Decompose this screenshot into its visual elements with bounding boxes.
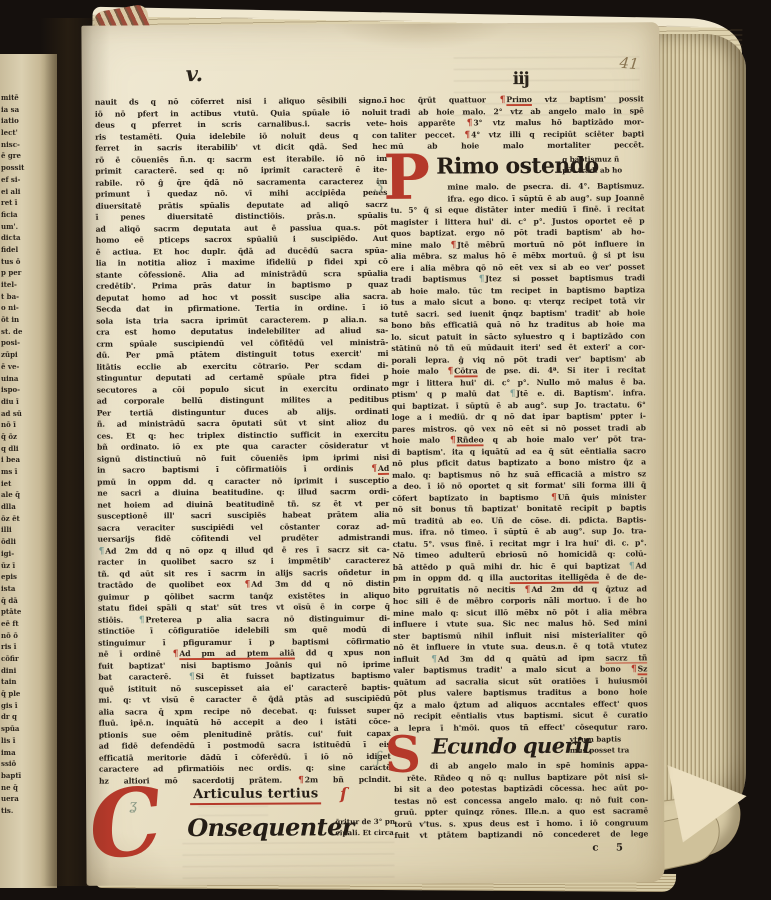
text-line: nō ī bbox=[1, 419, 43, 431]
text-line: tain bbox=[1, 676, 43, 688]
fore-edge-pages bbox=[652, 34, 746, 846]
text-line: igi- bbox=[1, 548, 43, 560]
text-line: ē gre bbox=[1, 150, 43, 162]
text-line: ad sū bbox=[1, 408, 43, 420]
page-header-right: iij bbox=[513, 69, 529, 89]
right-column-closing: di ab angelo malo in spē hominis appa-rē… bbox=[394, 759, 648, 841]
text-line: ispo- bbox=[1, 384, 43, 396]
text-line: tus a malo sicut a bono. q: vterqz recip… bbox=[391, 295, 645, 308]
text-line: dini bbox=[1, 665, 43, 677]
text-line: ōt in bbox=[1, 314, 43, 326]
text-line: ale q̄ bbox=[1, 489, 43, 501]
text-line: t ba- bbox=[1, 291, 43, 303]
text-line: ret ī bbox=[1, 197, 43, 209]
text-line: gruū. ppter quinqz rōnes. Ille.n. a quo … bbox=[394, 805, 648, 818]
folio-number-handwritten: 41 bbox=[619, 54, 640, 74]
side-line: mus posset tra bbox=[570, 744, 654, 756]
text-line: hois apparēte ¶3° vtz malus hō baptizādo… bbox=[390, 116, 644, 129]
side-line: q baptismuz ñ bbox=[562, 153, 646, 165]
consequenter-side-note: q̄ritur de 3° pn cipali. Et circa bbox=[335, 816, 419, 839]
text-line: i bea bbox=[1, 454, 43, 466]
text-line: nō ēt influere in vtute sua. deus.n. ē q… bbox=[393, 640, 647, 653]
text-line: tradi baptismus ¶Jtez si posset baptismu… bbox=[391, 272, 645, 285]
primo-side-note: q baptismuz ñ pōt tradi ab ho bbox=[562, 153, 646, 176]
text-line: spūa bbox=[1, 723, 43, 735]
secundo-side-note: vtrum baptis mus posset tra bbox=[570, 733, 654, 756]
text-line: lect' bbox=[1, 127, 43, 139]
secundo-paragraph-head: S ʃ Ecundo querit vtrum baptis mus posse… bbox=[394, 732, 648, 762]
display-word-secundo: Ecundo querit bbox=[432, 733, 592, 759]
text-line: q̄ ōz bbox=[1, 431, 43, 443]
text-line: ficia bbox=[1, 209, 43, 221]
text-line: itel- bbox=[1, 279, 43, 291]
text-line: nō ō bbox=[1, 630, 43, 642]
text-line: mine malo. de psecra. di. 4°. Baptismuz. bbox=[390, 180, 644, 193]
text-line: ōz ēt bbox=[1, 513, 43, 525]
text-line: iet bbox=[1, 478, 43, 490]
text-line: hoc q̄rūt quattuor ¶Primo vtz baptism' p… bbox=[390, 93, 644, 106]
text-line: p per bbox=[1, 267, 43, 279]
text-line: dr q bbox=[1, 711, 43, 723]
display-word-consequenter: Onsequenter bbox=[187, 812, 354, 842]
text-line: loge a i mediū. dr q nō dat ipar baptism… bbox=[392, 410, 646, 423]
side-line: q̄ritur de 3° pn bbox=[335, 816, 419, 828]
side-line: cipali. Et circa bbox=[335, 827, 419, 839]
text-line: nō plus pficit datus baptizato a bono mi… bbox=[392, 456, 646, 469]
text-line: uera bbox=[1, 793, 43, 805]
text-line: ptism' q p malū dat ¶Jtē e. di. Baptism'… bbox=[392, 387, 646, 400]
text-line: ista bbox=[1, 583, 43, 595]
book-photo: mitēia saiatiolect'nisc-ē grepossitef si… bbox=[0, 0, 771, 900]
text-line: mitē bbox=[1, 92, 43, 104]
text-line: quos baptizat. ergo nō pōt tradi baptism… bbox=[391, 226, 645, 239]
text-line: ef si- bbox=[1, 174, 43, 186]
text-line: posi- bbox=[1, 337, 43, 349]
text-line: st. de bbox=[1, 326, 43, 338]
text-line: stātinū nō tñ eū mūdauit iteri' sed ēt e… bbox=[391, 341, 645, 354]
initial-flourish-icon: ʓ bbox=[129, 797, 137, 813]
text-line: lis ī bbox=[1, 735, 43, 747]
text-line: a deo. ī iō nō oportet q sit format' sil… bbox=[392, 479, 646, 492]
text-line: diu ī bbox=[1, 396, 43, 408]
calligraphic-initial-c: C bbox=[85, 778, 167, 870]
text-line: eē ft bbox=[1, 618, 43, 630]
text-line: tu. 5° q̄ si eque distāter inter mediū ī… bbox=[390, 203, 644, 216]
text-line: valer baptismus tradit' a malo sicut a b… bbox=[393, 663, 647, 676]
text-line: um'. bbox=[1, 221, 43, 233]
text-line: bi sit a deo potestas baptizādi cōcessa.… bbox=[394, 782, 648, 795]
text-line: baptī bbox=[1, 770, 43, 782]
side-line: pōt tradi ab ho bbox=[562, 164, 646, 176]
text-line: fuit vt ptātem baptizandi nō concederet … bbox=[394, 828, 648, 841]
initial-flourish-icon: ʒ bbox=[374, 174, 383, 193]
signature-mark: c 5 bbox=[592, 842, 630, 853]
text-line: hoie malo ¶Rñdeo q ab hoie malo ver' pōt… bbox=[392, 433, 646, 446]
text-line: ōdli bbox=[1, 536, 43, 548]
text-line: di ab angelo malo in spē hominis appa- bbox=[394, 759, 648, 772]
text-line: iatio bbox=[1, 115, 43, 127]
text-line: ima bbox=[1, 747, 43, 759]
text-line: hoie malo ¶Cōtra de pse. di. 4ª. Si iter… bbox=[391, 364, 645, 377]
page-header-left: v. bbox=[186, 61, 204, 86]
text-line: zūpi bbox=[1, 349, 43, 361]
text-line: hoc sili ē de mēbro corporis nāli mortuo… bbox=[393, 594, 647, 607]
text-line: ne q̄ bbox=[1, 782, 43, 794]
right-column-body: mine malo. de psecra. di. 4°. Baptismuz.… bbox=[390, 180, 647, 734]
text-line: q̄ ple bbox=[1, 688, 43, 700]
side-line: vtrum baptis bbox=[570, 733, 654, 745]
text-line: pm in oppm dd. q illa auctoritas itellig… bbox=[393, 571, 647, 584]
article-heading: Articulus tertius bbox=[190, 786, 322, 805]
manuscript-page: v. iij 41 nauit ds q nō cōferret nisi i … bbox=[81, 22, 664, 886]
text-line: pōt plus valere baptismus traditus a bon… bbox=[393, 686, 647, 699]
text-line: nō sit bonus tñ baptizat' bonitatē recip… bbox=[392, 502, 646, 515]
facing-page-text: mitēia saiatiolect'nisc-ē grepossitef si… bbox=[1, 92, 43, 817]
text-line: nisc- bbox=[1, 139, 43, 151]
text-line: epis bbox=[1, 571, 43, 583]
text-line: influere i vtute sua. Sic nec malus hō. … bbox=[393, 617, 647, 630]
consequenter-paragraph-head: C ʓ Onsequenter q̄ritur de 3° pn cipali.… bbox=[99, 810, 391, 872]
text-line: ssiō bbox=[1, 758, 43, 770]
left-column: nauit ds q nō cōferret nisi i aliquo sēs… bbox=[95, 95, 391, 787]
text-line: tis. bbox=[1, 805, 43, 817]
text-line: nō recipit eēntialis vtus baptismi. sicu… bbox=[394, 709, 648, 722]
text-line: ei ali bbox=[1, 186, 43, 198]
article-flourish-icon: ſ bbox=[340, 784, 347, 803]
text-line: q dli bbox=[1, 443, 43, 455]
text-line: ūz ī bbox=[1, 560, 43, 572]
text-line: ia sa bbox=[1, 104, 43, 116]
text-line: dicta bbox=[1, 232, 43, 244]
text-line: fidel bbox=[1, 244, 43, 256]
text-line: o ni- bbox=[1, 302, 43, 314]
text-line: bono bñs efficatiā quā nō hz traditus ab… bbox=[391, 318, 645, 331]
text-line: gis ī bbox=[1, 700, 43, 712]
text-line: tus ō bbox=[1, 256, 43, 268]
text-line: mus. ifra. nō timeo. ī sūptū ē ab aug°. … bbox=[392, 525, 646, 538]
text-line: alia mēbra. sz malus hō ē mēbx mortuū. ĝ… bbox=[391, 249, 645, 262]
primo-paragraph-head: P ʒ Rimo ostendo q baptismuz ñ pōt tradi… bbox=[390, 152, 644, 182]
text-line: cōfir bbox=[1, 653, 43, 665]
text-line: ptāte bbox=[1, 606, 43, 618]
text-line: ms ī bbox=[1, 466, 43, 478]
text-line: ē ve- bbox=[1, 361, 43, 373]
text-line: Nō timeo adulterū ebriosū nō homicidā q:… bbox=[393, 548, 647, 561]
text-line: q̄ dā bbox=[1, 595, 43, 607]
initial-flourish-icon: ʃ bbox=[376, 748, 380, 767]
text-line: uina bbox=[1, 373, 43, 385]
text-line: illi bbox=[1, 524, 43, 536]
stain bbox=[331, 23, 511, 50]
facing-page-strip: mitēia saiatiolect'nisc-ē grepossitef si… bbox=[0, 54, 57, 888]
text-line: dlla bbox=[1, 501, 43, 513]
text-line: ris ī bbox=[1, 641, 43, 653]
text-line: possit bbox=[1, 162, 43, 174]
